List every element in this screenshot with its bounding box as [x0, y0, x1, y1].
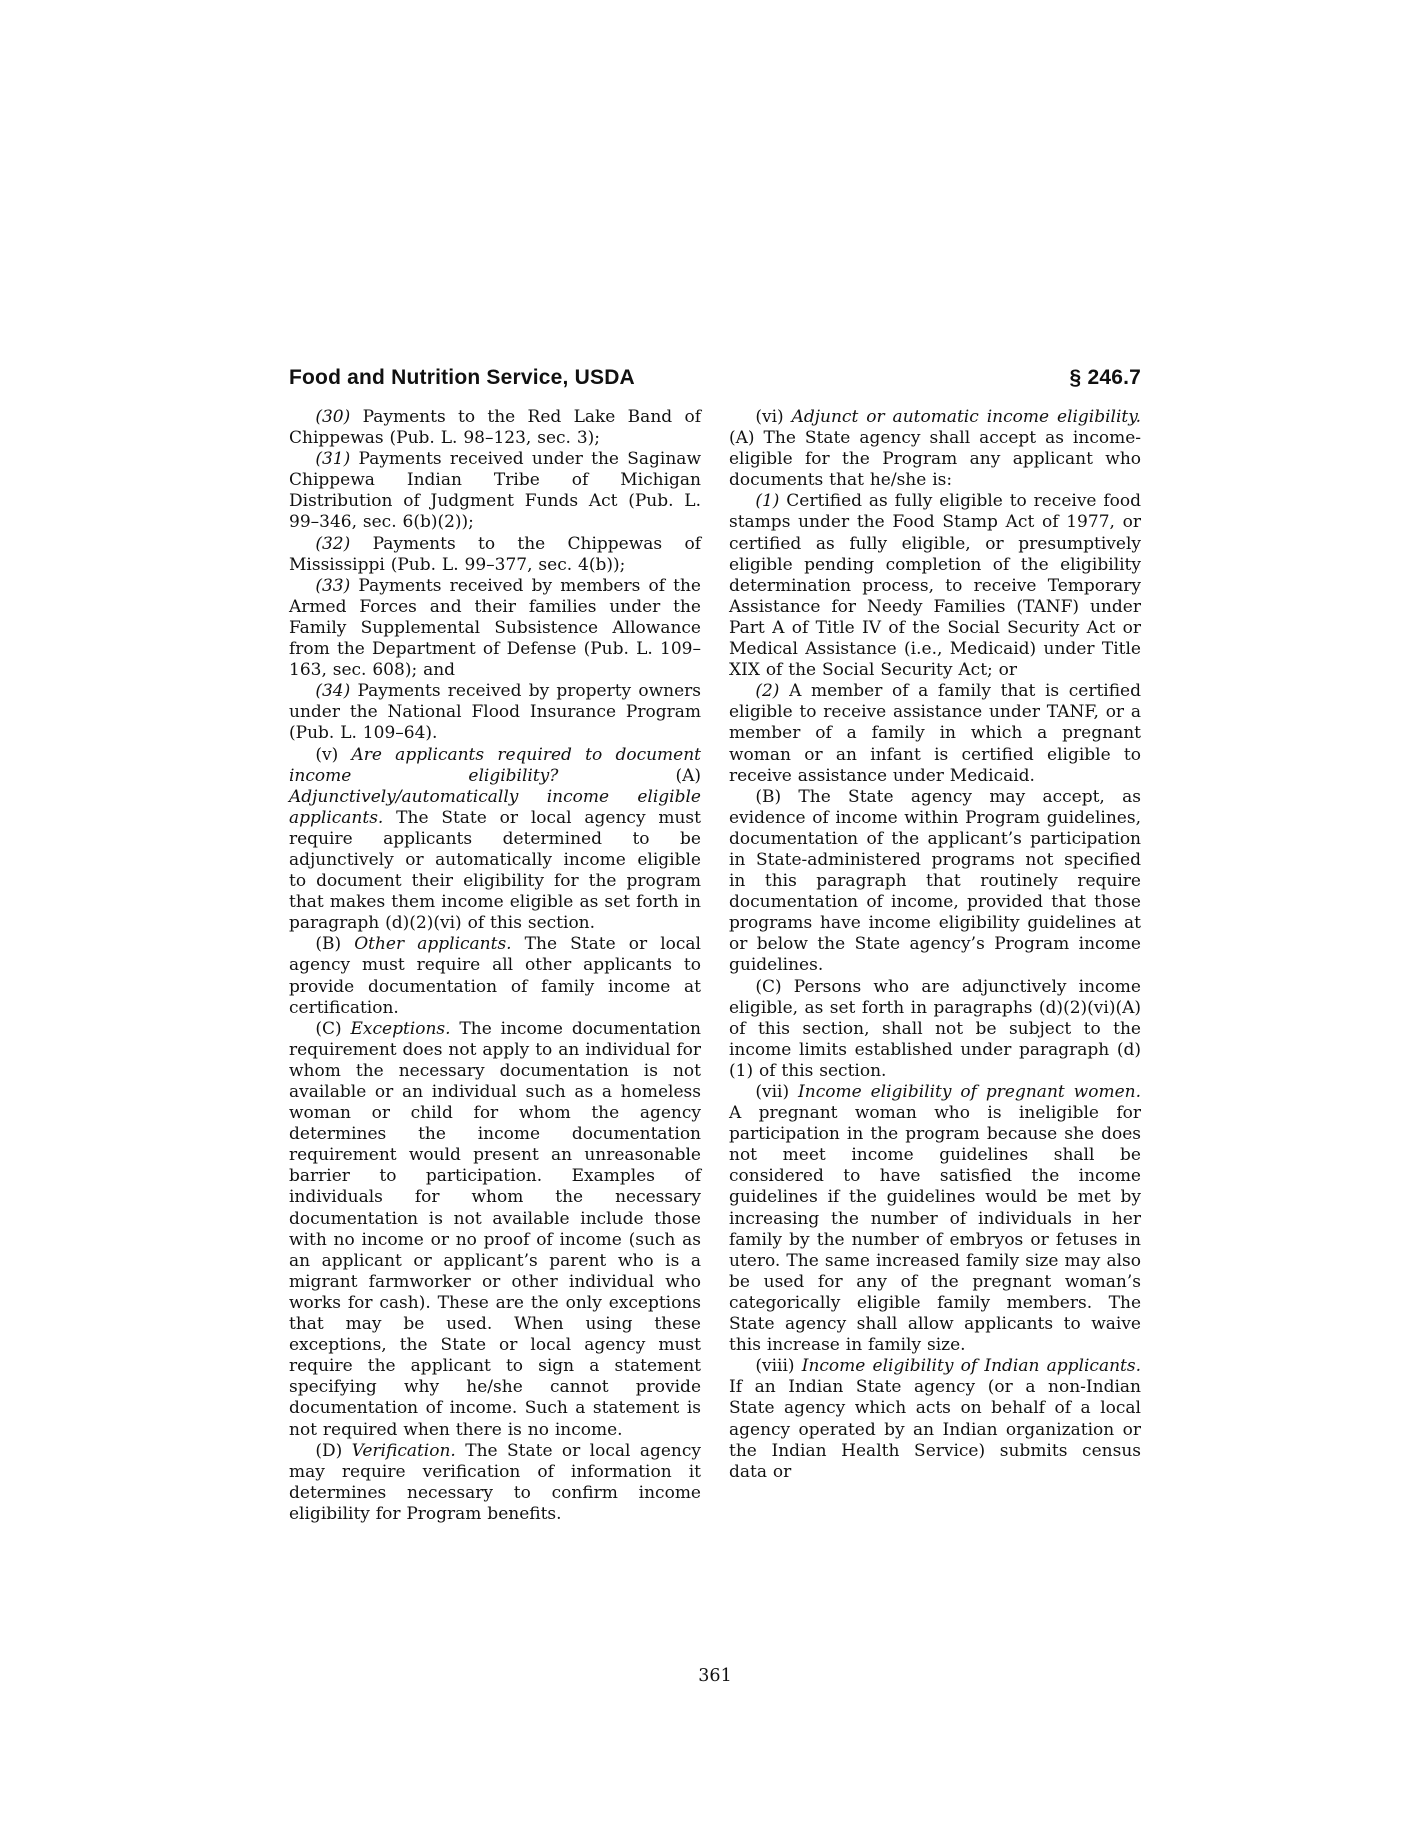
- page-header: Food and Nutrition Service, USDA § 246.7: [289, 366, 1141, 390]
- paragraph: (B) Other applicants. The State or local…: [289, 934, 701, 1018]
- paragraph: (32) Payments to the Chippewas of Missis…: [289, 534, 701, 576]
- paragraph: (B) The State agency may accept, as evid…: [729, 787, 1141, 977]
- paragraph: (33) Payments received by members of the…: [289, 576, 701, 681]
- document-title: Food and Nutrition Service, USDA: [289, 366, 635, 390]
- paragraph: (2) A member of a family that is certifi…: [729, 681, 1141, 786]
- text-columns: (30) Payments to the Red Lake Band of Ch…: [289, 407, 1141, 1525]
- paragraph: (D) Verification. The State or local age…: [289, 1441, 701, 1525]
- column-right: (vi) Adjunct or automatic income eligibi…: [729, 407, 1141, 1525]
- paragraph: (v) Are applicants required to document …: [289, 745, 701, 935]
- page-content: Food and Nutrition Service, USDA § 246.7…: [289, 366, 1141, 1525]
- paragraph: (viii) Income eligibility of Indian appl…: [729, 1356, 1141, 1483]
- document-page: Food and Nutrition Service, USDA § 246.7…: [0, 0, 1427, 1847]
- paragraph: (31) Payments received under the Saginaw…: [289, 449, 701, 533]
- column-left: (30) Payments to the Red Lake Band of Ch…: [289, 407, 701, 1525]
- paragraph: (34) Payments received by property owner…: [289, 681, 701, 744]
- paragraph: (30) Payments to the Red Lake Band of Ch…: [289, 407, 701, 449]
- paragraph: (1) Certified as fully eligible to recei…: [729, 491, 1141, 681]
- paragraph: (C) Persons who are adjunctively income …: [729, 977, 1141, 1082]
- section-number: § 246.7: [1070, 366, 1141, 390]
- paragraph: (vi) Adjunct or automatic income eligibi…: [729, 407, 1141, 491]
- page-number: 361: [289, 1666, 1141, 1686]
- paragraph: (C) Exceptions. The income documentation…: [289, 1019, 701, 1441]
- paragraph: (vii) Income eligibility of pregnant wom…: [729, 1082, 1141, 1356]
